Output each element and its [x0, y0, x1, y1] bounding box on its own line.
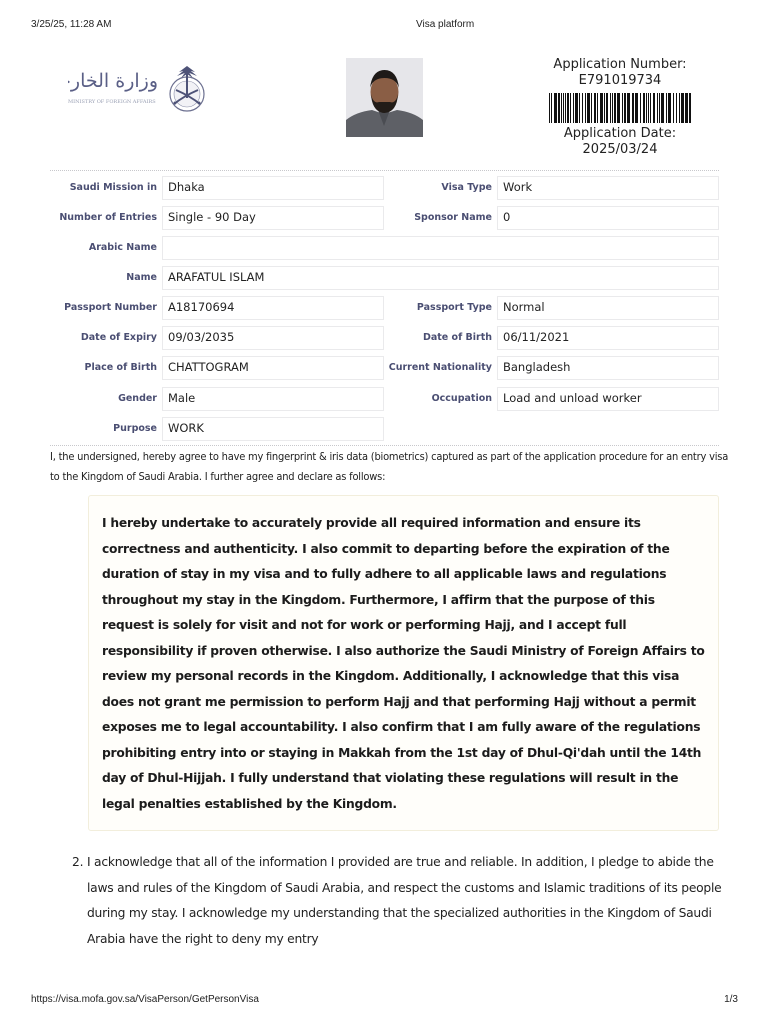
print-footer: https://visa.mofa.gov.sa/VisaPerson/GetP… — [0, 994, 768, 1008]
ministry-logo-english: MINISTRY OF FOREIGN AFFAIRS — [68, 99, 158, 107]
purpose-field: WORK — [162, 417, 384, 441]
date-of-birth-field: 06/11/2021 — [497, 326, 719, 350]
passport-type-label: Passport Type — [384, 295, 492, 321]
current-nationality-field: Bangladesh — [497, 356, 719, 380]
saudi-mission-field: Dhaka — [162, 176, 384, 200]
biometrics-consent-intro: I, the undersigned, hereby agree to have… — [50, 447, 730, 487]
print-page-title: Visa platform — [416, 19, 474, 30]
passport-number-label: Passport Number — [50, 295, 157, 321]
applicant-photo — [346, 58, 423, 137]
occupation-label: Occupation — [384, 386, 492, 412]
declaration-item-2-text: I acknowledge that all of the informatio… — [72, 850, 722, 952]
name-field: ARAFATUL ISLAM — [162, 266, 719, 290]
print-header: 3/25/25, 11:28 AM Visa platform — [0, 19, 768, 33]
application-date-label: Application Date: — [520, 126, 720, 142]
ministry-logo: وزارة الخارجية MINISTRY OF FOREIGN AFFAI… — [68, 62, 210, 114]
passport-number-field: A18170694 — [162, 296, 384, 320]
number-of-entries-field: Single - 90 Day — [162, 206, 384, 230]
date-of-birth-label: Date of Birth — [384, 325, 492, 351]
divider-bottom — [50, 445, 719, 446]
date-of-expiry-label: Date of Expiry — [50, 325, 157, 351]
passport-type-field: Normal — [497, 296, 719, 320]
application-number-label: Application Number: — [520, 57, 720, 73]
declaration-item-1: I hereby undertake to accurately provide… — [102, 511, 706, 817]
sponsor-name-field: 0 — [497, 206, 719, 230]
applicant-portrait-icon — [346, 58, 423, 137]
visa-type-label: Visa Type — [384, 175, 492, 201]
application-info: Application Number: E791019734 Applicati… — [520, 57, 720, 158]
occupation-field: Load and unload worker — [497, 387, 719, 411]
current-nationality-label: Current Nationality — [384, 355, 492, 381]
application-number: E791019734 — [520, 73, 720, 89]
date-of-expiry-field: 09/03/2035 — [162, 326, 384, 350]
print-page-number: 1/3 — [724, 994, 738, 1005]
number-of-entries-label: Number of Entries — [50, 205, 157, 231]
purpose-label: Purpose — [50, 416, 157, 442]
ministry-logo-arabic: وزارة الخارجية — [68, 70, 158, 94]
place-of-birth-field: CHATTOGRAM — [162, 356, 384, 380]
divider-top — [50, 170, 719, 171]
name-label: Name — [50, 265, 157, 291]
arabic-name-field — [162, 236, 719, 260]
arabic-name-label: Arabic Name — [50, 235, 157, 261]
declaration-item-2-number: 2. — [72, 850, 83, 876]
saudi-emblem-icon — [166, 62, 208, 114]
visa-type-field: Work — [497, 176, 719, 200]
declaration-item-2: 2. I acknowledge that all of the informa… — [72, 850, 722, 952]
place-of-birth-label: Place of Birth — [50, 355, 157, 381]
print-timestamp: 3/25/25, 11:28 AM — [31, 19, 111, 30]
sponsor-name-label: Sponsor Name — [384, 205, 492, 231]
application-date: 2025/03/24 — [520, 142, 720, 158]
print-url: https://visa.mofa.gov.sa/VisaPerson/GetP… — [31, 994, 259, 1005]
declaration-item-1-box: I hereby undertake to accurately provide… — [88, 495, 719, 831]
saudi-mission-label: Saudi Mission in — [50, 175, 157, 201]
gender-label: Gender — [50, 386, 157, 412]
gender-field: Male — [162, 387, 384, 411]
barcode — [549, 93, 691, 123]
